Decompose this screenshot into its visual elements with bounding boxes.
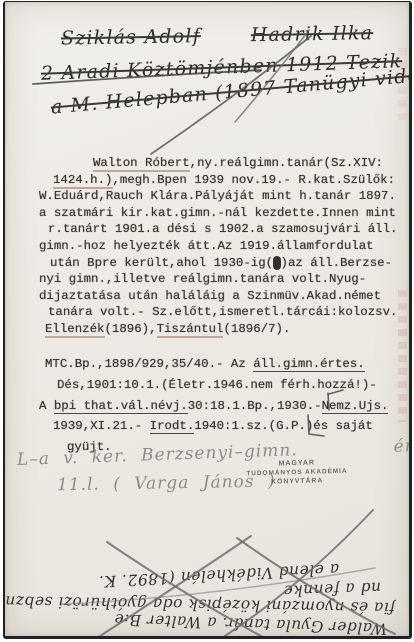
text-segment: ,megh.Bpen 1939 nov.19.- R.kat.Szülők: bbox=[113, 173, 396, 187]
text-segment: Ellenzék bbox=[45, 322, 105, 338]
typed-line: után Bpre került,ahol 1930-ig(b)az áll.B… bbox=[39, 255, 405, 272]
typed-line: 1939,XI.21.- Irodt.1940:1.sz.(G.P.)és sa… bbox=[39, 416, 405, 437]
text-segment: KÖNYVTÁRA bbox=[271, 477, 323, 485]
typed-line: Dés,1901:10.1.(Életr.1946.nem férh.hozzá… bbox=[39, 375, 405, 396]
text-segment: W.Eduárd,Rauch Klára.Pályáját mint h.tan… bbox=[39, 189, 396, 203]
handwritten-notes-top: Sziklás AdolfHadrik Ilka2 Aradi Köztömjé… bbox=[35, 28, 395, 133]
text-segment: Tiszántul bbox=[157, 322, 224, 338]
text-segment: b bbox=[273, 256, 280, 270]
text-segment: után Bpre került,ahol 1930-ig( bbox=[50, 256, 273, 270]
typed-line: A bpi that.vál.névj.30:18.1.Bp.,1930.-Ne… bbox=[39, 396, 405, 417]
typed-line: Walton Róbert,ny.reálgimn.tanár(Sz.XIV: bbox=[39, 155, 405, 172]
library-stamp: MAGYARTUDOMÁNYOS AKADÉMIAKÖNYVTÁRA bbox=[235, 457, 360, 487]
typed-line: tanára volt.- Sz.előtt,ismeretl.tárcái:k… bbox=[39, 304, 405, 321]
text-segment: (1896), bbox=[105, 322, 157, 336]
typed-line: W.Eduárd,Rauch Klára.Pályáját mint h.tan… bbox=[39, 188, 405, 205]
text-segment: nd a fennke bbox=[283, 578, 382, 599]
typed-line: r.tanárt 1901.a dési s 1902.a szamosujvá… bbox=[39, 221, 405, 238]
text-segment: tanára volt.- Sz.előtt,ismeretl.tárcái:k… bbox=[48, 305, 397, 319]
text-segment: 30:18.1.Bp.,1930.- bbox=[188, 399, 322, 413]
index-card: Sziklás AdolfHadrik Ilka2 Aradi Köztömjé… bbox=[3, 1, 412, 639]
text-segment: dijaztatása után haláláig a Szinmüv.Akad… bbox=[39, 289, 381, 303]
typed-line: MTC.Bp.,1898/929,35/40.- Az áll.gimn.ért… bbox=[39, 354, 405, 375]
text-segment: MAGYAR bbox=[278, 460, 315, 468]
text-segment: Hadrik Ilka bbox=[251, 22, 374, 46]
text-segment: A bbox=[39, 399, 54, 413]
text-segment: (1896/7). bbox=[223, 322, 290, 336]
text-segment: ,ny.reálgimn.tanár(Sz.XIV: bbox=[190, 156, 383, 170]
typed-biography-paragraph: Walton Róbert,ny.reálgimn.tanár(Sz.XIV:1… bbox=[39, 155, 405, 338]
typed-line: gimn.-hoz helyezték átt.Az 1919.államfor… bbox=[39, 238, 405, 255]
typed-line: 1424.h.),megh.Bpen 1939 nov.19.- R.kat.S… bbox=[39, 172, 405, 189]
text-segment: nyi gimn.,illetve reálgimn.tanára volt.N… bbox=[39, 272, 366, 286]
text-segment: MTC.Bp.,1898/929,35/40.- Az bbox=[45, 357, 253, 371]
typed-line: dijaztatása után haláláig a Szinmüv.Akad… bbox=[39, 288, 405, 305]
typed-line: a szatmári kir.kat.gimn.-nál kezdette.In… bbox=[39, 205, 405, 222]
text-segment: Nemz.Ujs. bbox=[322, 399, 389, 414]
ink-bleedthrough bbox=[398, 48, 407, 126]
text-segment: Sziklás Adolf bbox=[61, 25, 201, 49]
handwritten-line-struck: Sziklás AdolfHadrik Ilka bbox=[35, 22, 395, 50]
text-segment: )az áll.Berzse- bbox=[281, 256, 393, 270]
text-segment: bpi that.vál.névj. bbox=[54, 399, 188, 414]
typed-line: Ellenzék(1896),Tiszántul(1896/7). bbox=[39, 321, 405, 338]
text-segment: Irodt. bbox=[150, 419, 195, 434]
text-segment: 1424.h.) bbox=[53, 173, 113, 189]
text-segment: TUDOMÁNYOS AKADÉMIA bbox=[246, 468, 347, 478]
text-segment: gimn.-hoz helyezték átt.Az 1919.államfor… bbox=[39, 239, 374, 253]
text-segment: r.tanárt 1901.a dési s 1902.a szamosujvá… bbox=[48, 222, 397, 236]
text-segment: Walton Róbert bbox=[93, 156, 190, 172]
text-segment: a szatmári kir.kat.gimn.-nál kezdette.In… bbox=[39, 206, 396, 220]
text-segment: 1940:1.sz.(G.P.)és saját bbox=[194, 419, 372, 433]
ink-bleedthrough bbox=[398, 290, 407, 422]
handwritten-notes-bottom-inverted: Walder Gyula tanár. a Walter B:efia és n… bbox=[23, 542, 395, 638]
text-segment: 1939,XI.21.- bbox=[53, 419, 150, 433]
text-segment: Dés,1901:10.1.(Életr.1946.nem férh.hozzá… bbox=[57, 378, 377, 392]
text-segment: áll.gimn.értes. bbox=[253, 357, 365, 372]
typed-line: nyi gimn.,illetve reálgimn.tanára volt.N… bbox=[39, 271, 405, 288]
